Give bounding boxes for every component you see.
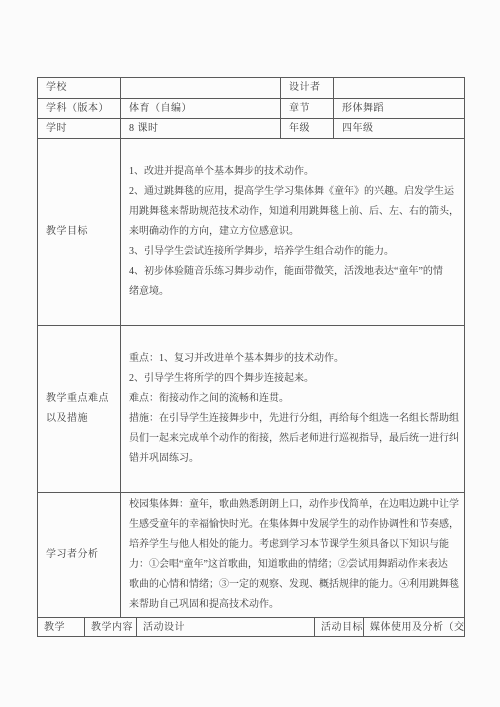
teaching-goals-label-text: 教学目标 [46, 222, 88, 242]
key-points-content-text: 重点：1、复习并改进单个基本舞步的技术动作。 2、引导学生将所学的四个舞步连接起… [129, 349, 459, 469]
scanned-lesson-plan-page: { "page": { "background": "#fbfbfb", "bo… [0, 0, 500, 707]
learner-analysis-label-text: 学习者分析 [46, 545, 99, 565]
teaching-goals-content-text: 1、改进并提高单个基本舞步的技术动作。 2、通过跳舞毯的应用，提高学生学习集体舞… [129, 162, 459, 302]
learner-analysis-content-text: 校园集体舞：童年，歌曲熟悉朗朗上口，动作步伐简单，在边唱边跳中让学 生感受童年的… [129, 495, 459, 615]
table-row-subject: 学科（版本） 体育（自编） 章节 形体舞蹈 [38, 98, 464, 118]
key-points-content: 重点：1、复习并改进单个基本舞步的技术动作。 2、引导学生将所学的四个舞步连接起… [120, 326, 464, 492]
designer-value [333, 78, 464, 98]
school-label: 学校 [38, 78, 120, 98]
bottom-header-activity-design: 活动设计 [136, 618, 314, 636]
hours-value: 8 课时 [120, 119, 280, 138]
lesson-plan-table: 学校 设计者 学科（版本） 体育（自编） 章节 形体舞蹈 学时 8 课时 年级 … [37, 77, 465, 637]
key-points-label-text: 教学重点难点 以及措施 [46, 389, 109, 429]
table-row-learner-analysis: 学习者分析 校园集体舞：童年，歌曲熟悉朗朗上口，动作步伐简单，在边唱边跳中让学 … [38, 492, 464, 617]
table-row-key-points: 教学重点难点 以及措施 重点：1、复习并改进单个基本舞步的技术动作。 2、引导学… [38, 325, 464, 492]
chapter-value: 形体舞蹈 [333, 99, 464, 118]
bottom-header-teaching: 教学 [38, 618, 84, 636]
teaching-goals-content: 1、改进并提高单个基本舞步的技术动作。 2、通过跳舞毯的应用，提高学生学习集体舞… [120, 139, 464, 325]
table-row-school: 学校 设计者 [38, 78, 464, 98]
designer-label: 设计者 [280, 78, 333, 98]
grade-label: 年级 [280, 119, 333, 138]
chapter-label: 章节 [280, 99, 333, 118]
bottom-header-media-analysis: 媒体使用及分析（交 [363, 618, 464, 636]
teaching-goals-label: 教学目标 [38, 139, 120, 325]
table-row-teaching-goals: 教学目标 1、改进并提高单个基本舞步的技术动作。 2、通过跳舞毯的应用，提高学生… [38, 138, 464, 325]
bottom-header-teaching-content: 教学内容 [84, 618, 136, 636]
hours-label: 学时 [38, 119, 120, 138]
table-row-bottom-header: 教学 教学内容 活动设计 活动目标 媒体使用及分析（交 [38, 617, 464, 636]
subject-value: 体育（自编） [120, 99, 280, 118]
table-row-hours: 学时 8 课时 年级 四年级 [38, 118, 464, 138]
school-value [120, 78, 280, 98]
bottom-header-activity-goal: 活动目标 [314, 618, 363, 636]
key-points-label: 教学重点难点 以及措施 [38, 326, 120, 492]
grade-value: 四年级 [333, 119, 464, 138]
subject-label: 学科（版本） [38, 99, 120, 118]
learner-analysis-label: 学习者分析 [38, 493, 120, 617]
learner-analysis-content: 校园集体舞：童年，歌曲熟悉朗朗上口，动作步伐简单，在边唱边跳中让学 生感受童年的… [120, 493, 464, 617]
